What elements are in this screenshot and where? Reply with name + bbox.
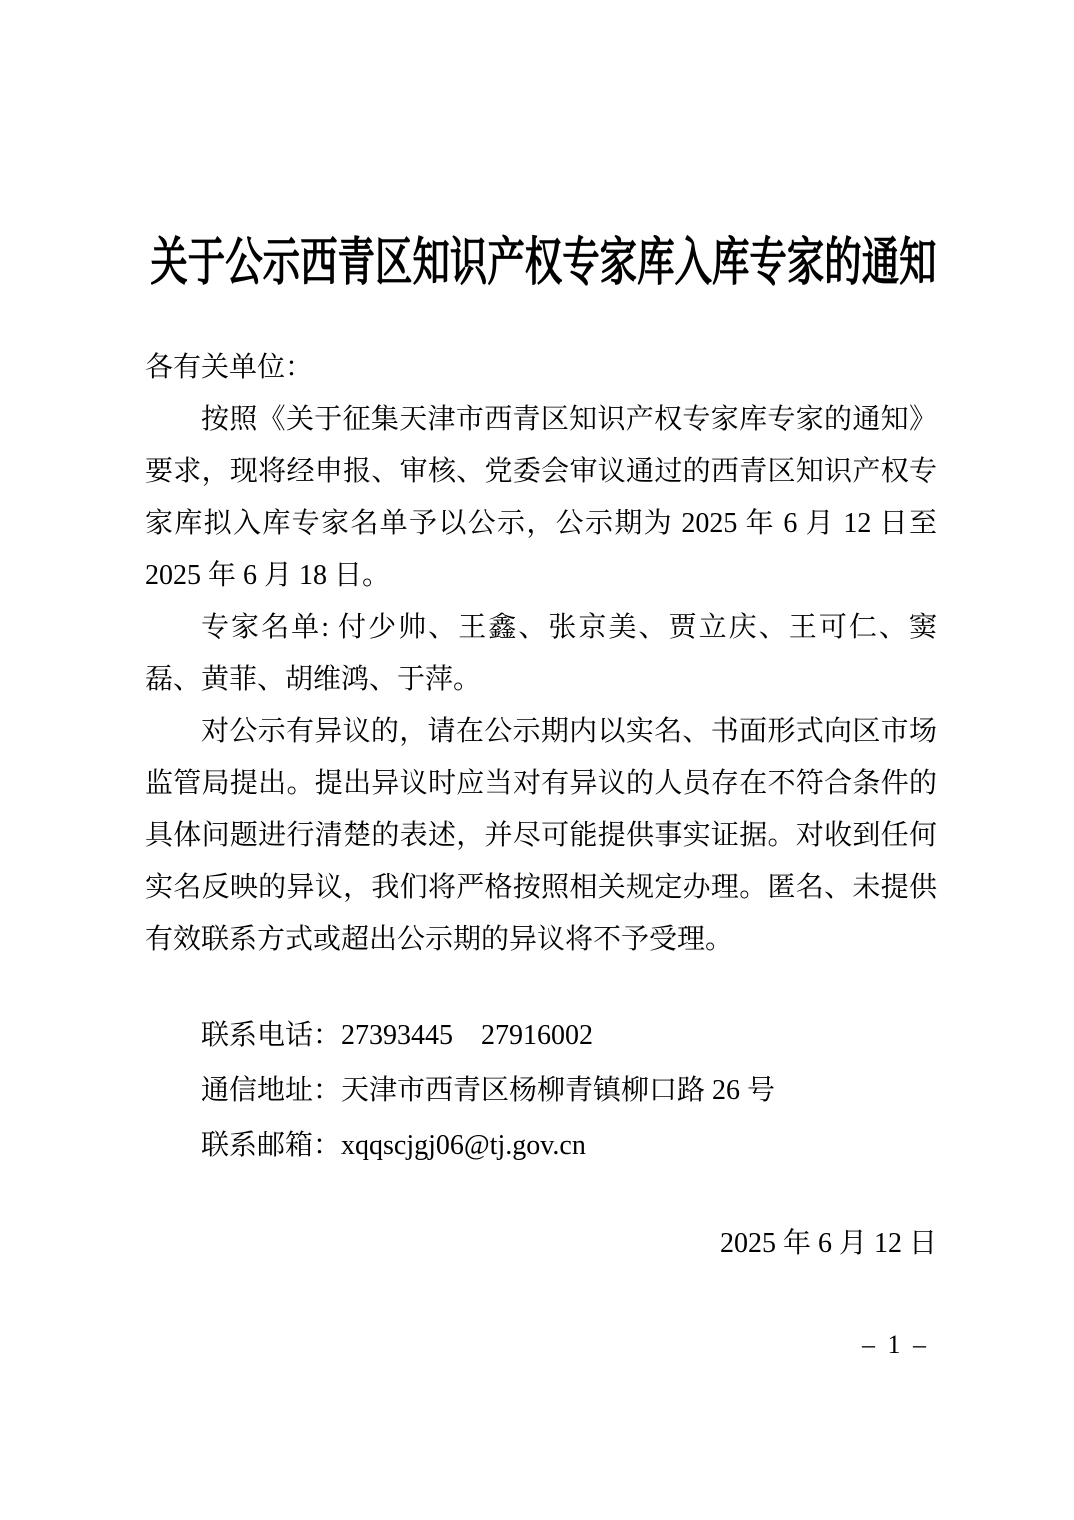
contact-block: 联系电话：27393445 27916002 通信地址：天津市西青区杨柳青镇柳口… [145,1008,937,1173]
contact-phone-value: 27393445 27916002 [341,1020,593,1051]
contact-address-line: 通信地址：天津市西青区杨柳青镇柳口路 26 号 [145,1063,937,1118]
contact-address-label: 通信地址： [201,1075,341,1106]
contact-address-value: 天津市西青区杨柳青镇柳口路 26 号 [341,1075,775,1106]
contact-email-label: 联系邮箱： [201,1130,341,1161]
document-title: 关于公示西青区知识产权专家库入库专家的通知 [150,234,923,294]
document-body: 各有关单位： 按照《关于征集天津市西青区知识产权专家库专家的通知》要求，现将经申… [145,342,937,1360]
document-page: 关于公示西青区知识产权专家库入库专家的通知 各有关单位： 按照《关于征集天津市西… [0,0,1074,1520]
paragraph-objection-rules: 对公示有异议的，请在公示期内以实名、书面形式向区市场监管局提出。提出异议时应当对… [145,706,937,966]
contact-phone-line: 联系电话：27393445 27916002 [145,1008,937,1063]
page-number: – 1 – [145,1330,937,1360]
contact-email-line: 联系邮箱：xqqscjgj06@tj.gov.cn [145,1118,937,1173]
paragraph-expert-list: 专家名单: 付少帅、王鑫、张京美、贾立庆、王可仁、窦磊、黄菲、胡维鸿、于萍。 [145,602,937,706]
contact-email-value: xqqscjgj06@tj.gov.cn [341,1130,586,1161]
issue-date: 2025 年 6 月 12 日 [145,1218,937,1270]
salutation: 各有关单位： [145,342,937,394]
contact-phone-label: 联系电话： [201,1020,341,1051]
paragraph-announcement: 按照《关于征集天津市西青区知识产权专家库专家的通知》要求，现将经申报、审核、党委… [145,394,937,602]
